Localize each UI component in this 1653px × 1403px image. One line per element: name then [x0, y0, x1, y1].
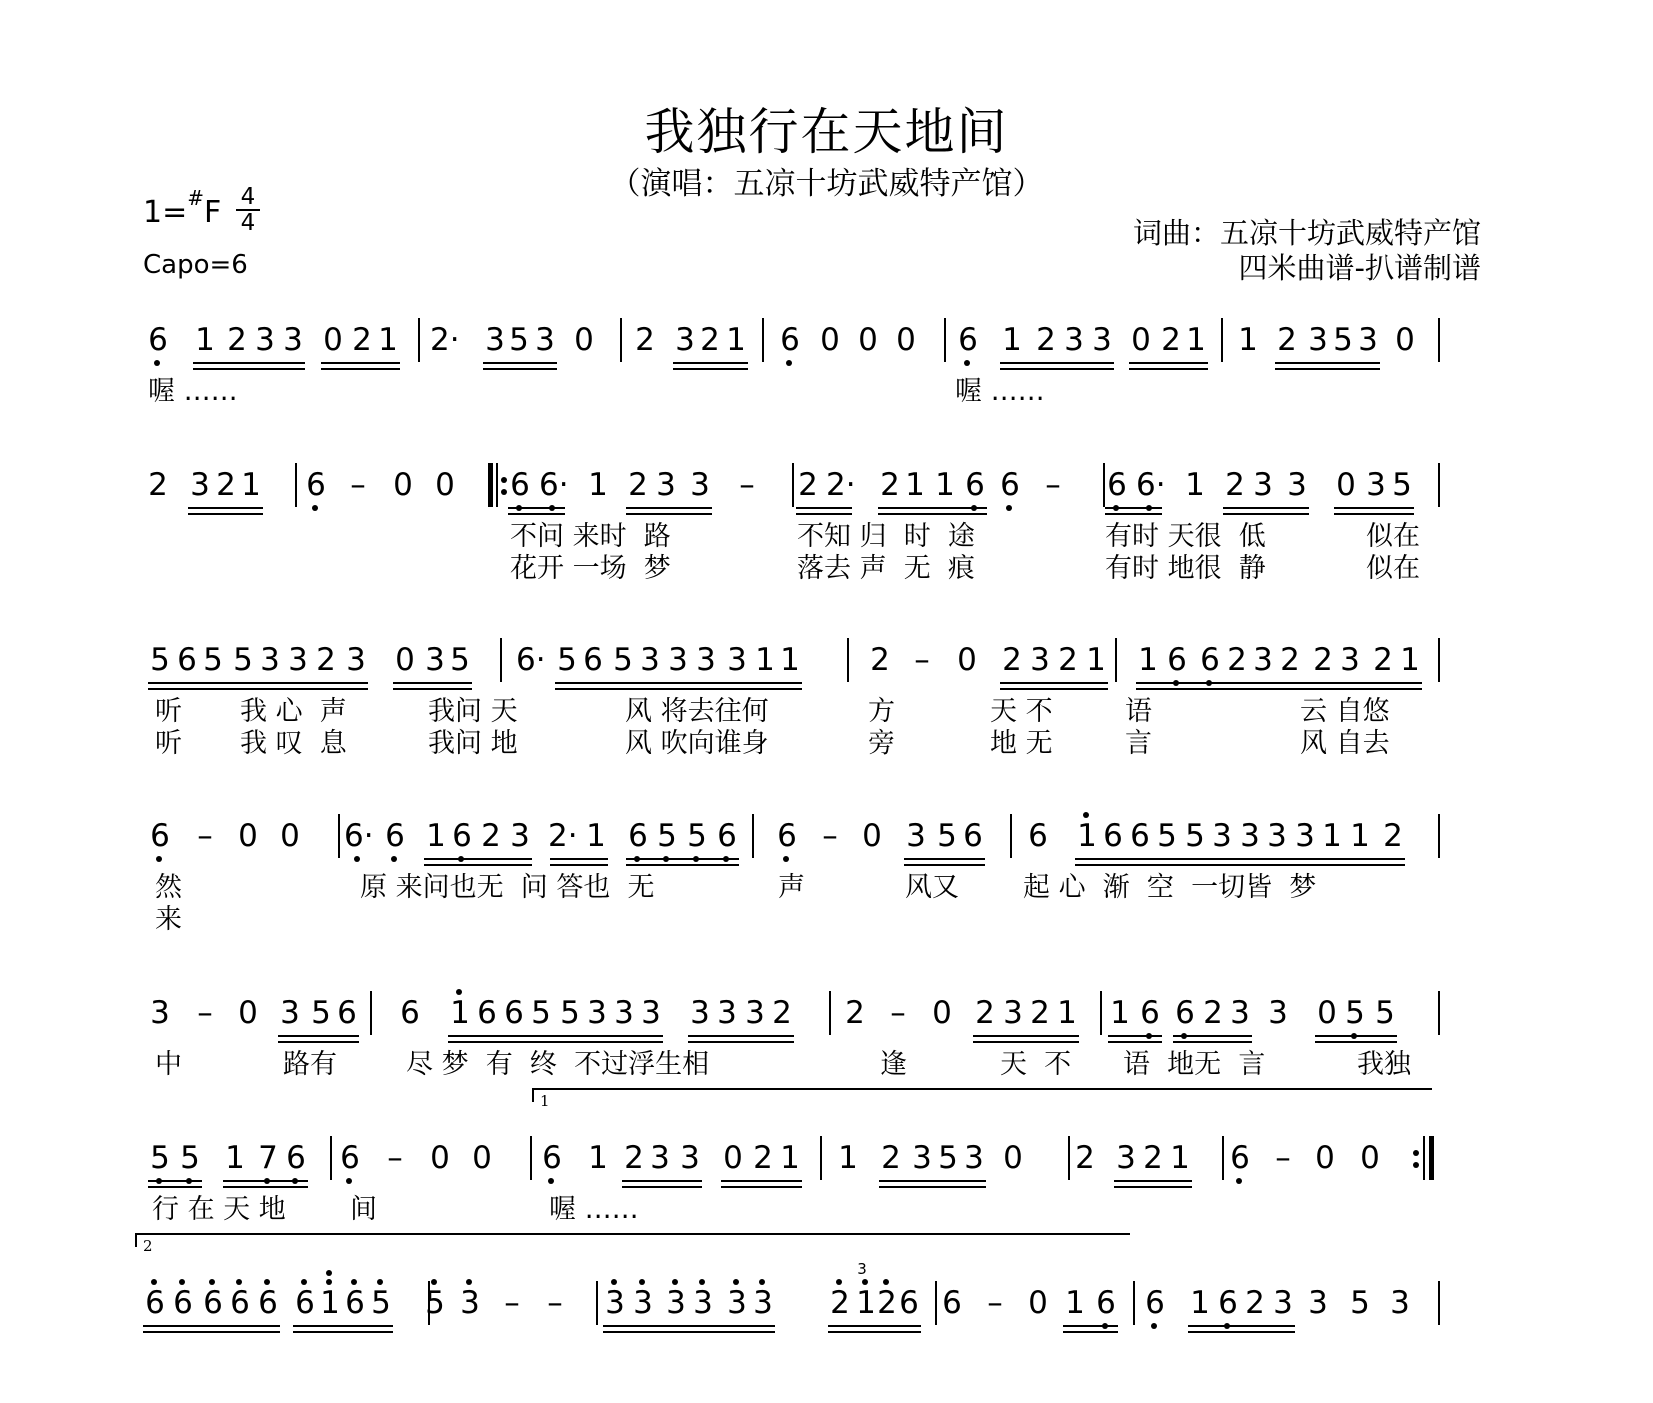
jianpu-note: 3 — [686, 995, 714, 1031]
upper-octave-dot — [326, 1279, 332, 1285]
beam-underline — [626, 507, 712, 509]
jianpu-note: 0 — [1311, 1140, 1339, 1176]
jianpu-note: 2 — [477, 818, 505, 854]
jianpu-note: 6 — [713, 818, 741, 854]
beam-underline — [688, 1035, 794, 1037]
score-system: 565533230356·5653333112–023211662322321听… — [0, 642, 1653, 762]
jianpu-note: 5 — [683, 818, 711, 854]
jianpu-note: – — [884, 995, 912, 1031]
upper-octave-dot — [733, 1279, 739, 1285]
barline — [1438, 1281, 1440, 1325]
jianpu-note: 2 — [1221, 467, 1249, 503]
jianpu-note: 1 — [191, 322, 219, 358]
capo-indicator: Capo=6 — [143, 250, 248, 280]
lyric-text: 喔 …… — [549, 1194, 639, 1226]
lyric-text: 行 在 天 地 — [152, 1194, 286, 1226]
lyric-text: 不问 来时 路 — [510, 521, 671, 553]
repeat-dot — [501, 477, 507, 483]
lyric-text: 风 将去往何 — [625, 696, 769, 728]
lower-octave-dot — [783, 856, 789, 862]
beam-underline — [879, 1180, 986, 1182]
jianpu-note: 1 — [1134, 642, 1162, 678]
jianpu-note: 3 — [629, 1285, 657, 1321]
jianpu-note: 6 — [381, 818, 409, 854]
key-note: F — [204, 195, 221, 230]
jianpu-note: 1 — [221, 1140, 249, 1176]
jianpu-note: 6 — [282, 1140, 310, 1176]
jianpu-note: 1 — [1181, 467, 1209, 503]
beam-underline — [1129, 362, 1208, 364]
beam-underline-2 — [1188, 1331, 1295, 1333]
lower-octave-dot — [1151, 1323, 1157, 1329]
jianpu-note: 2 — [620, 1140, 648, 1176]
jianpu-note: 3 — [902, 818, 930, 854]
upper-octave-dot — [301, 1279, 307, 1285]
jianpu-note: 6 — [1103, 467, 1131, 503]
barline — [847, 638, 849, 682]
jianpu-note: 3 — [506, 818, 534, 854]
barline — [829, 991, 831, 1035]
jianpu-note: 2· — [826, 467, 854, 503]
jianpu-note: 5 — [176, 1140, 204, 1176]
jianpu-note: 3 — [723, 642, 751, 678]
lyric-text: 似在 — [1366, 521, 1420, 553]
score-system: 6–006·616232·165566–03566166553333112然原 … — [0, 818, 1653, 938]
lyric-text: 风 自去 — [1300, 728, 1390, 760]
upper-octave-dot — [611, 1279, 617, 1285]
jianpu-note: 3 — [1060, 322, 1088, 358]
jianpu-note: 0 — [1391, 322, 1419, 358]
jianpu-note: 6 — [141, 1285, 169, 1321]
lyric-text: 似在 — [1366, 553, 1420, 585]
beam-underline-2 — [148, 688, 368, 690]
jianpu-note: 3 — [279, 322, 307, 358]
jianpu-note: 2 — [624, 467, 652, 503]
ending-number: 1 — [540, 1092, 550, 1110]
jianpu-note: 1 — [1186, 1285, 1214, 1321]
beam-underline-2 — [1223, 513, 1309, 515]
jianpu-note: 5 — [933, 818, 961, 854]
lyric-text: 落去 声 无 痕 — [797, 553, 975, 585]
jianpu-note: 2 — [876, 467, 904, 503]
jianpu-note: 1 — [1053, 995, 1081, 1031]
upper-octave-dot — [351, 1279, 357, 1285]
jianpu-note: 6 — [1092, 1285, 1120, 1321]
time-sig-bottom: 4 — [236, 212, 260, 234]
beam-underline — [148, 682, 368, 684]
beam-underline-2 — [193, 368, 305, 370]
barline — [1222, 1136, 1224, 1180]
lyric-text: 我 心 声 — [240, 696, 347, 728]
beam-underline — [1173, 1035, 1252, 1037]
jianpu-note: 5 — [307, 995, 335, 1031]
barline — [1068, 1136, 1070, 1180]
beam-underline-2 — [1136, 688, 1422, 690]
jianpu-note: 1 — [722, 322, 750, 358]
beam-underline — [1334, 507, 1414, 509]
lower-octave-dot — [312, 505, 318, 511]
jianpu-note: 6 — [226, 1285, 254, 1321]
beam-underline — [603, 1325, 775, 1327]
upper-octave-dot — [209, 1279, 215, 1285]
lyric-text: 来 — [155, 904, 182, 936]
jianpu-note: 0 — [1127, 322, 1155, 358]
jianpu-note: – — [381, 1140, 409, 1176]
jianpu-note: 0 — [426, 1140, 454, 1176]
second-ending-bracket: 2 — [135, 1233, 1130, 1247]
jianpu-note: 0 — [928, 995, 956, 1031]
lyric-text: 然 — [155, 872, 182, 904]
beam-underline-2 — [904, 864, 985, 866]
upper-octave-dot — [699, 1279, 705, 1285]
jianpu-note: 1 — [1166, 1140, 1194, 1176]
beam-underline-2 — [508, 513, 565, 515]
jianpu-note: 6 — [169, 1285, 197, 1321]
jianpu-note: 5 — [1346, 1285, 1374, 1321]
beam-underline-2 — [828, 1331, 921, 1333]
repeat-start-thick — [488, 463, 493, 507]
jianpu-note: 3 — [256, 642, 284, 678]
jianpu-note: 0 — [431, 467, 459, 503]
jianpu-note: – — [908, 642, 936, 678]
credit-lyrics-music: 词曲：五凉十坊武威特产馆 — [1133, 216, 1481, 251]
jianpu-note: 6 — [396, 995, 424, 1031]
beam-underline — [278, 1035, 359, 1037]
jianpu-note: 3 — [692, 642, 720, 678]
repeat-dot — [1413, 1150, 1419, 1156]
barline — [1010, 814, 1012, 858]
jianpu-note: 3 — [1362, 467, 1390, 503]
beam-underline-2 — [1173, 1041, 1252, 1043]
jianpu-note: 3 — [664, 642, 692, 678]
jianpu-note: 5 — [1153, 818, 1181, 854]
jianpu-note: 3 — [251, 322, 279, 358]
jianpu-note: 3 — [1354, 322, 1382, 358]
jianpu-note: – — [981, 1285, 1009, 1321]
beam-underline-2 — [550, 864, 608, 866]
barline — [1438, 814, 1440, 858]
jianpu-note: 0 — [1313, 995, 1341, 1031]
jianpu-note: 0 — [854, 322, 882, 358]
jianpu-note: 3 — [960, 1140, 988, 1176]
jianpu-note: 6 — [579, 642, 607, 678]
beam-underline — [508, 507, 565, 509]
lyric-text: 我问 天 — [428, 696, 518, 728]
jianpu-note: 1 — [1396, 642, 1424, 678]
barline — [330, 1136, 332, 1180]
lyric-text: 我 叹 息 — [240, 728, 347, 760]
lyric-text: 天 不 — [1000, 1049, 1071, 1081]
jianpu-note: 2 — [1071, 1140, 1099, 1176]
lyric-text: 我问 地 — [428, 728, 518, 760]
jianpu-note: 2 — [998, 642, 1026, 678]
jianpu-note: 2 — [826, 1285, 854, 1321]
jianpu-note: 2 — [1054, 642, 1082, 678]
beam-underline-2 — [1129, 368, 1208, 370]
jianpu-note: 6 — [776, 322, 804, 358]
jianpu-note: 1 — [1182, 322, 1210, 358]
jianpu-note: 5 — [609, 642, 637, 678]
jianpu-note: 1 — [1234, 322, 1262, 358]
barline — [1103, 463, 1105, 507]
jianpu-note: 2 — [1276, 642, 1304, 678]
beam-underline-2 — [448, 1041, 663, 1043]
jianpu-note: 3 — [908, 1140, 936, 1176]
beam-underline-2 — [293, 1331, 393, 1333]
jianpu-note: 6 — [341, 1285, 369, 1321]
jianpu-note: 3 — [610, 995, 638, 1031]
jianpu-note: 3 — [601, 1285, 629, 1321]
beam-underline-2 — [483, 368, 557, 370]
jianpu-note: 1 — [422, 818, 450, 854]
jianpu-note: 2 — [1032, 322, 1060, 358]
barline — [500, 638, 502, 682]
lyric-text: 云 自悠 — [1300, 696, 1390, 728]
jianpu-note: 1 — [776, 642, 804, 678]
barline — [295, 463, 297, 507]
jianpu-note: 0 — [570, 322, 598, 358]
barline — [1133, 1281, 1135, 1325]
lyric-text: 我独 — [1357, 1049, 1411, 1081]
jianpu-note: 0 — [391, 642, 419, 678]
beam-underline — [1105, 507, 1162, 509]
beam-underline-2 — [1114, 1186, 1192, 1188]
upper-octave-dot — [836, 1279, 842, 1285]
jianpu-note: 3 — [1263, 818, 1291, 854]
beam-underline — [188, 507, 263, 509]
jianpu-note: 6 — [336, 1140, 364, 1176]
beam-underline-2 — [555, 688, 802, 690]
repeat-dot — [501, 489, 507, 495]
jianpu-note: – — [191, 818, 219, 854]
beam-underline — [1136, 682, 1422, 684]
jianpu-note: 3 — [456, 1285, 484, 1321]
jianpu-note: 3 — [1226, 995, 1254, 1031]
jianpu-note: 2 — [348, 322, 376, 358]
jianpu-note: 3 — [1291, 818, 1319, 854]
beam-underline-2 — [603, 1331, 775, 1333]
repeat-dot — [1413, 1162, 1419, 1168]
upper-octave-dot — [431, 1279, 437, 1285]
beam-underline-2 — [973, 1041, 1079, 1043]
jianpu-note: 3 — [1236, 818, 1264, 854]
beam-underline-2 — [321, 368, 400, 370]
beam-underline-2 — [393, 688, 472, 690]
barline — [1438, 463, 1440, 507]
jianpu-note: 2 — [1199, 995, 1227, 1031]
jianpu-note: 0 — [1356, 1140, 1384, 1176]
jianpu-note: 3 — [723, 1285, 751, 1321]
jianpu-note: 1 — [582, 818, 610, 854]
time-signature: 4 4 — [236, 186, 260, 234]
jianpu-note: 3 — [1208, 818, 1236, 854]
lyric-text: 方 — [868, 696, 895, 728]
jianpu-note: 6 — [448, 818, 476, 854]
lyric-text: 有时 地很 静 — [1105, 553, 1266, 585]
jianpu-note: 3 — [741, 995, 769, 1031]
jianpu-note: 6 — [144, 322, 172, 358]
lower-octave-dot — [964, 360, 970, 366]
jianpu-note: 1 — [1318, 818, 1346, 854]
jianpu-note: 3 — [636, 642, 664, 678]
jianpu-note: 2 — [1273, 322, 1301, 358]
jianpu-note: 3 — [1283, 467, 1311, 503]
ending-number: 2 — [143, 1237, 153, 1255]
jianpu-note: 6 — [302, 467, 330, 503]
jianpu-note: 5 — [146, 642, 174, 678]
beam-underline — [1223, 507, 1309, 509]
jianpu-note: 3 — [1304, 322, 1332, 358]
jianpu-note: 1 — [1082, 642, 1110, 678]
lyric-text: 听 — [155, 728, 182, 760]
upper-octave-dot — [179, 1279, 185, 1285]
jianpu-note: 3 — [999, 995, 1027, 1031]
beam-underline-2 — [1075, 864, 1405, 866]
jianpu-note: 6 — [773, 818, 801, 854]
jianpu-note: 0 — [276, 818, 304, 854]
beam-underline-2 — [1000, 368, 1114, 370]
lyric-text: 起 心 渐 空 一切皆 梦 — [1023, 872, 1316, 904]
jianpu-note: 5 — [1181, 818, 1209, 854]
jianpu-note: 2 — [631, 322, 659, 358]
lower-octave-dot — [346, 1178, 352, 1184]
jianpu-note: 2· — [430, 322, 458, 358]
beam-underline — [673, 362, 748, 364]
beam-underline — [904, 858, 985, 860]
jianpu-note: 0 — [234, 818, 262, 854]
jianpu-note: 2 — [1379, 818, 1407, 854]
beam-underline — [973, 1035, 1079, 1037]
beam-underline — [828, 1325, 921, 1327]
jianpu-note: 3 — [662, 1285, 690, 1321]
score-system: 23216–0066·1233–22·21166–66·1233035不问 来时… — [0, 467, 1653, 587]
upper-octave-dot — [151, 1279, 157, 1285]
beam-underline — [796, 507, 852, 509]
lyric-text: 路有 — [283, 1049, 337, 1081]
jianpu-note: 7 — [254, 1140, 282, 1176]
repeat-end-thin — [1423, 1136, 1425, 1180]
jianpu-note: 3 — [583, 995, 611, 1031]
beam-underline-2 — [223, 1186, 308, 1188]
jianpu-note: 1 — [834, 1140, 862, 1176]
jianpu-note: 6· — [539, 467, 567, 503]
beam-underline-2 — [1000, 688, 1108, 690]
jianpu-note: 5 — [229, 642, 257, 678]
score-system: 66666616553––33333321266–0166162335323 — [0, 1285, 1653, 1403]
jianpu-note: 6 — [1136, 995, 1164, 1031]
upper-octave-dot — [264, 1279, 270, 1285]
barline — [1100, 991, 1102, 1035]
repeat-start-thin — [496, 463, 498, 507]
jianpu-note: 0 — [319, 322, 347, 358]
jianpu-note: 0 — [892, 322, 920, 358]
beam-underline-2 — [879, 1186, 986, 1188]
jianpu-note: 3 — [276, 995, 304, 1031]
barline — [1438, 638, 1440, 682]
lyric-text: 风又 — [905, 872, 959, 904]
jianpu-note: 1 — [1061, 1285, 1089, 1321]
beam-underline-2 — [626, 513, 712, 515]
jianpu-note: 0 — [1024, 1285, 1052, 1321]
jianpu-note: 1 — [1073, 818, 1101, 854]
lower-octave-dot — [1236, 1178, 1242, 1184]
lyric-text: 逢 — [880, 1049, 907, 1081]
jianpu-note: 3 — [1088, 322, 1116, 358]
beam-underline — [626, 858, 739, 860]
jianpu-note: 3 — [1304, 1285, 1332, 1321]
jianpu-note: 6 — [1024, 818, 1052, 854]
jianpu-note: – — [541, 1285, 569, 1321]
jianpu-note: 2 — [696, 322, 724, 358]
beam-underline — [448, 1035, 663, 1037]
barline — [762, 318, 764, 362]
jianpu-note: 1 — [1106, 995, 1134, 1031]
jianpu-note: 6 — [1126, 818, 1154, 854]
jianpu-note: 2 — [877, 1140, 905, 1176]
upper-octave-dot — [326, 1270, 332, 1276]
jianpu-note: 5 — [553, 642, 581, 678]
barline — [1221, 318, 1223, 362]
jianpu-note: – — [1269, 1140, 1297, 1176]
beam-underline-2 — [143, 1331, 280, 1333]
jianpu-note: 6 — [1141, 1285, 1169, 1321]
lyric-text: 花开 一场 梦 — [510, 553, 671, 585]
jianpu-note: 3 — [1112, 1140, 1140, 1176]
jianpu-note: 5 — [527, 995, 555, 1031]
jianpu-note: 6 — [146, 818, 174, 854]
lyric-text: 有时 天很 低 — [1105, 521, 1266, 553]
sharp-icon: # — [187, 186, 204, 210]
jianpu-note: 6 — [254, 1285, 282, 1321]
beam-underline-2 — [424, 864, 532, 866]
jianpu-note: 1 — [237, 467, 265, 503]
jianpu-note: 0 — [953, 642, 981, 678]
jianpu-note: 6 — [1099, 818, 1127, 854]
jianpu-note: 3 — [686, 467, 714, 503]
upper-octave-dot — [377, 1279, 383, 1285]
jianpu-note: 3 — [186, 467, 214, 503]
lyric-text: 声 — [778, 872, 805, 904]
jianpu-note: 2 — [1139, 1140, 1167, 1176]
lower-octave-dot — [786, 360, 792, 366]
jianpu-note: 5 — [421, 1285, 449, 1321]
barline — [428, 1281, 430, 1325]
jianpu-note: 1 — [998, 322, 1026, 358]
beam-underline — [393, 682, 472, 684]
jianpu-note: 2 — [794, 467, 822, 503]
jianpu-note: 2 — [1309, 642, 1337, 678]
jianpu-note: 6 — [961, 467, 989, 503]
barline — [1438, 991, 1440, 1035]
jianpu-note: 1 — [374, 322, 402, 358]
beam-underline-2 — [188, 513, 263, 515]
jianpu-note: 2 — [312, 642, 340, 678]
jianpu-note: 5 — [934, 1140, 962, 1176]
jianpu-note: 2 — [1026, 995, 1054, 1031]
first-ending-bracket: 1 — [532, 1088, 1432, 1102]
beam-underline — [1000, 682, 1108, 684]
jianpu-note: 3 — [1336, 642, 1364, 678]
jianpu-note: 2 — [1369, 642, 1397, 678]
beam-underline — [1108, 1035, 1162, 1037]
upper-octave-dot — [456, 989, 462, 995]
jianpu-note: 3 — [713, 995, 741, 1031]
beam-underline — [1114, 1180, 1192, 1182]
barline — [418, 318, 420, 362]
jianpu-note: 1 — [446, 995, 474, 1031]
barline — [1115, 638, 1117, 682]
upper-octave-dot — [466, 1279, 472, 1285]
